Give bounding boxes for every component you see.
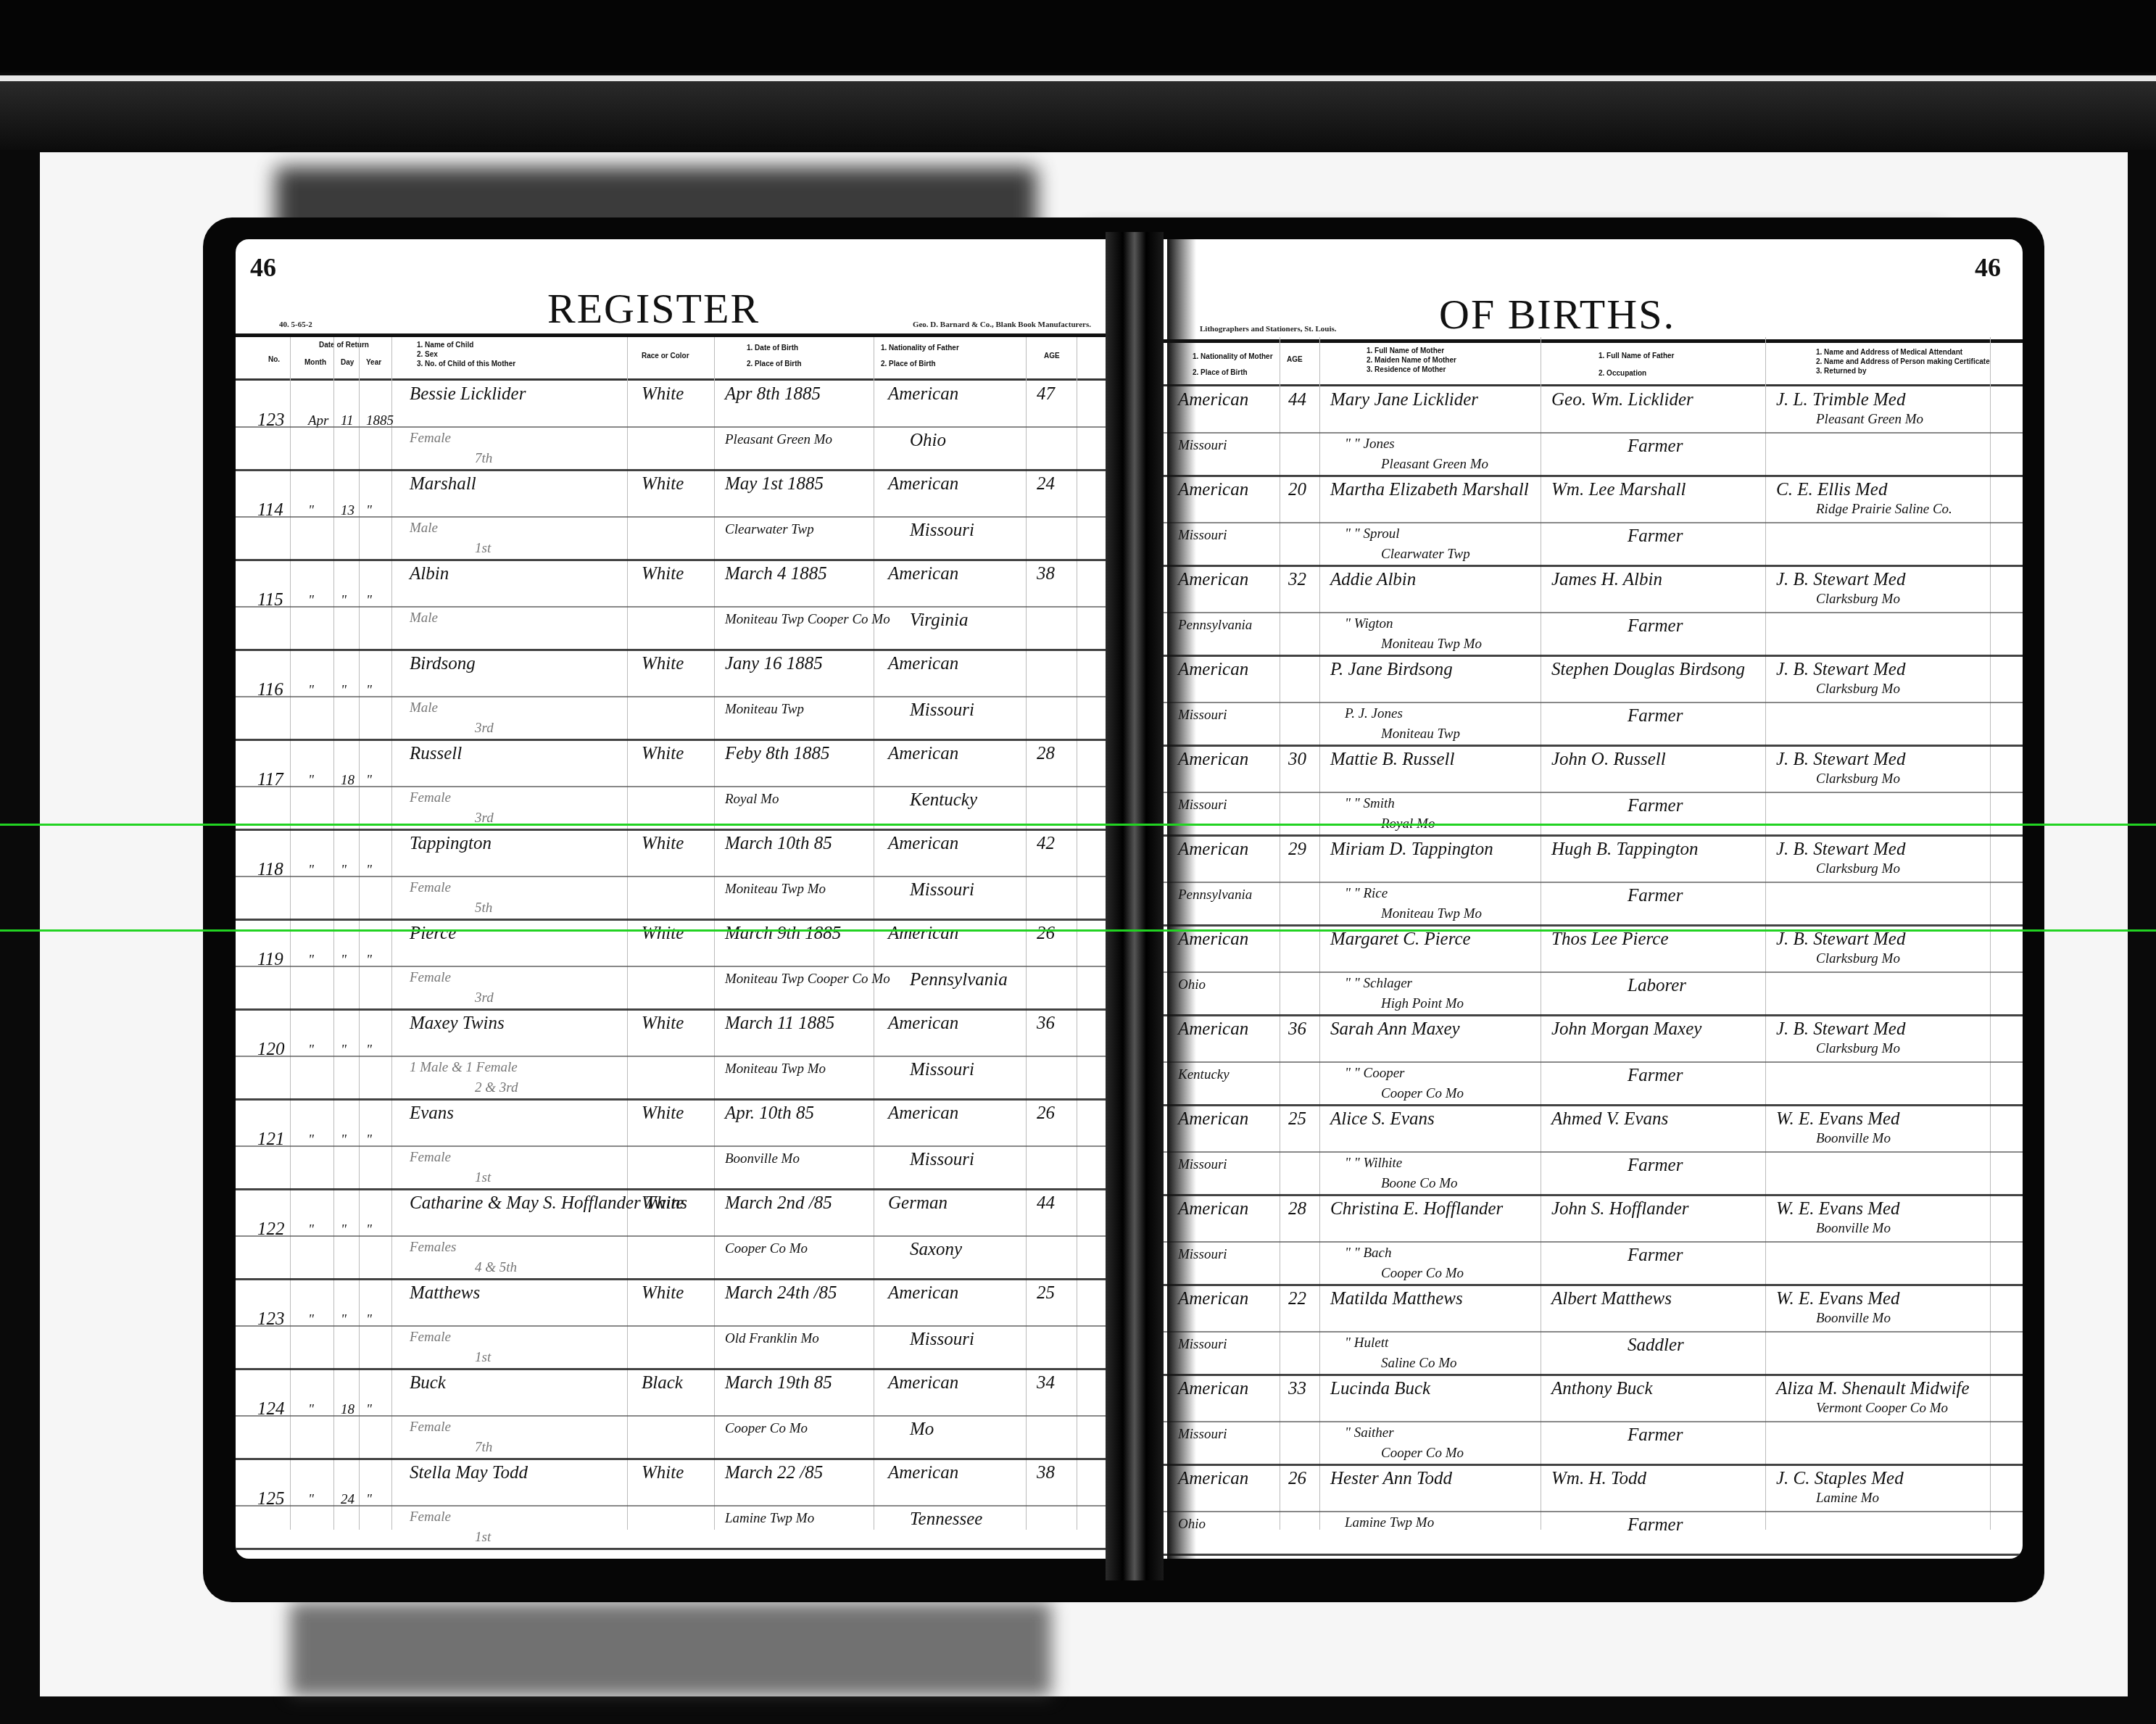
child-number: 3rd bbox=[475, 721, 494, 737]
mother-age: 26 bbox=[1288, 1469, 1306, 1489]
row-midrule bbox=[1164, 432, 2023, 434]
race: Black bbox=[642, 1373, 683, 1393]
medical-attendant: J. B. Stewart Med bbox=[1776, 840, 1905, 860]
race: White bbox=[642, 744, 684, 764]
race: White bbox=[642, 1463, 684, 1483]
child-number: 4 & 5th bbox=[475, 1260, 517, 1276]
record-row-left: 116 " " " Birdsong Male 3rd White Jany 1… bbox=[236, 651, 1106, 741]
mother-age: 28 bbox=[1288, 1199, 1306, 1219]
father-name: Thos Lee Pierce bbox=[1551, 929, 1669, 950]
child-sex: Female bbox=[410, 880, 451, 896]
record-row-left: 119 " " " Pierce Female 3rd White March … bbox=[236, 921, 1106, 1011]
mother-maiden-name: " " Wilhite bbox=[1345, 1156, 1402, 1172]
place-of-birth: Moniteau Twp Mo bbox=[725, 1061, 826, 1077]
divider bbox=[1164, 384, 2023, 386]
father-nationality: American bbox=[888, 654, 958, 674]
attendant-address: Boonville Mo bbox=[1816, 1221, 1891, 1237]
father-name: John Morgan Maxey bbox=[1551, 1019, 1701, 1040]
col-mother-nationality: 1. Nationality of Mother 2. Place of Bir… bbox=[1193, 349, 1273, 381]
child-sex: Female bbox=[410, 1509, 451, 1525]
child-sex: 1 Male & 1 Female bbox=[410, 1060, 518, 1076]
place-of-birth: Moniteau Twp Mo bbox=[725, 882, 826, 898]
father-age: 26 bbox=[1037, 1103, 1055, 1124]
medical-attendant: W. E. Evans Med bbox=[1776, 1199, 1900, 1219]
race: White bbox=[642, 1193, 684, 1214]
col-birth: 1. Date of Birth 2. Place of Birth bbox=[747, 341, 802, 373]
father-nationality: American bbox=[888, 1373, 958, 1393]
row-midrule bbox=[236, 786, 1106, 787]
child-sex: Female bbox=[410, 1420, 451, 1435]
row-midrule bbox=[236, 966, 1106, 967]
father-nationality: American bbox=[888, 924, 958, 944]
record-row-right: American Kentucky 36 Sarah Ann Maxey " "… bbox=[1164, 1016, 2023, 1106]
record-row-left: 115 " " " Albin Male White March 4 1885 … bbox=[236, 561, 1106, 651]
date-of-birth: May 1st 1885 bbox=[725, 474, 824, 494]
row-midrule bbox=[1164, 612, 2023, 613]
row-midrule bbox=[236, 516, 1106, 518]
father-age: 38 bbox=[1037, 564, 1055, 584]
row-rule bbox=[236, 1548, 1106, 1550]
col-father: 1. Full Name of Father 2. Occupation bbox=[1599, 348, 1674, 383]
father-birthplace: Virginia bbox=[910, 610, 969, 631]
divider bbox=[236, 378, 1106, 381]
father-occupation: Laborer bbox=[1628, 976, 1686, 996]
row-midrule bbox=[236, 1505, 1106, 1507]
col-mother: 1. Full Name of Mother 2. Maiden Name of… bbox=[1367, 347, 1456, 375]
mother-residence: Cooper Co Mo bbox=[1381, 1266, 1464, 1282]
child-number: 2 & 3rd bbox=[475, 1080, 518, 1096]
race: White bbox=[642, 474, 684, 494]
row-midrule bbox=[1164, 1511, 2023, 1512]
father-age: 47 bbox=[1037, 384, 1055, 405]
attendant-address: Boonville Mo bbox=[1816, 1311, 1891, 1327]
date-of-birth: Jany 16 1885 bbox=[725, 654, 823, 674]
mother-age: 20 bbox=[1288, 480, 1306, 500]
race: White bbox=[642, 1014, 684, 1034]
child-number: 7th bbox=[475, 451, 492, 467]
record-row-right: American Pennsylvania 32 Addie Albin " W… bbox=[1164, 567, 2023, 657]
father-nationality: German bbox=[888, 1193, 948, 1214]
mother-residence: Cooper Co Mo bbox=[1381, 1086, 1464, 1102]
father-occupation: Farmer bbox=[1628, 1156, 1683, 1176]
attendant-address: Clarksburg Mo bbox=[1816, 771, 1900, 787]
father-birthplace: Missouri bbox=[910, 1330, 974, 1350]
mother-maiden-name: " " Cooper bbox=[1345, 1066, 1404, 1082]
mother-residence: Moniteau Twp Mo bbox=[1381, 637, 1482, 652]
medical-attendant: W. E. Evans Med bbox=[1776, 1289, 1900, 1309]
scan-dark-band bbox=[0, 81, 2156, 150]
mother-residence: Saline Co Mo bbox=[1381, 1356, 1457, 1372]
child-sex: Female bbox=[410, 970, 451, 986]
place-of-birth: Royal Mo bbox=[725, 792, 779, 808]
mother-age: 29 bbox=[1288, 840, 1306, 860]
mother-maiden-name: " " Bach bbox=[1345, 1246, 1392, 1261]
child-sex: Male bbox=[410, 610, 438, 626]
father-birthplace: Kentucky bbox=[910, 790, 977, 811]
child-number: 1st bbox=[475, 1530, 491, 1546]
mother-age: 30 bbox=[1288, 750, 1306, 770]
father-nationality: American bbox=[888, 1463, 958, 1483]
row-midrule bbox=[236, 1325, 1106, 1327]
father-birthplace: Mo bbox=[910, 1420, 934, 1440]
race: White bbox=[642, 924, 684, 944]
record-row-right: American Missouri P. Jane Birdsong P. J.… bbox=[1164, 657, 2023, 747]
place-of-birth: Old Franklin Mo bbox=[725, 1331, 819, 1347]
guide-line-bottom bbox=[0, 929, 2156, 932]
attendant-address: Clarksburg Mo bbox=[1816, 592, 1900, 608]
medical-attendant: J. B. Stewart Med bbox=[1776, 750, 1905, 770]
attendant-address: Boonville Mo bbox=[1816, 1131, 1891, 1147]
medical-attendant: J. B. Stewart Med bbox=[1776, 929, 1905, 950]
father-age: 44 bbox=[1037, 1193, 1055, 1214]
scan-top-margin bbox=[0, 0, 2156, 72]
father-name: Wm. H. Todd bbox=[1551, 1469, 1646, 1489]
date-of-birth: Feby 8th 1885 bbox=[725, 744, 829, 764]
record-row-right: American Missouri 22 Matilda Matthews " … bbox=[1164, 1286, 2023, 1376]
father-name: Anthony Buck bbox=[1551, 1379, 1653, 1399]
row-midrule bbox=[1164, 702, 2023, 703]
child-name: Russell bbox=[410, 744, 462, 764]
child-name: Matthews bbox=[410, 1283, 480, 1304]
row-midrule bbox=[236, 696, 1106, 697]
father-occupation: Farmer bbox=[1628, 616, 1683, 637]
medical-attendant: J. B. Stewart Med bbox=[1776, 570, 1905, 590]
mother-name: Addie Albin bbox=[1330, 570, 1416, 590]
mother-name: Alice S. Evans bbox=[1330, 1109, 1435, 1130]
row-midrule bbox=[1164, 1331, 2023, 1333]
child-name: Marshall bbox=[410, 474, 476, 494]
father-nationality: American bbox=[888, 744, 958, 764]
place-of-birth: Moniteau Twp Cooper Co Mo bbox=[725, 612, 890, 628]
row-midrule bbox=[236, 1145, 1106, 1147]
mother-age: 44 bbox=[1288, 390, 1306, 410]
place-of-birth: Clearwater Twp bbox=[725, 522, 814, 538]
child-name: Pierce bbox=[410, 924, 456, 944]
father-birthplace: Saxony bbox=[910, 1240, 962, 1260]
medical-attendant: J. L. Trimble Med bbox=[1776, 390, 1905, 410]
father-name: James H. Albin bbox=[1551, 570, 1662, 590]
mother-residence: High Point Mo bbox=[1381, 996, 1464, 1012]
child-sex: Male bbox=[410, 521, 438, 536]
child-sex: Female bbox=[410, 1150, 451, 1166]
record-row-right: American Ohio 26 Hester Ann Todd Lamine … bbox=[1164, 1466, 2023, 1556]
mother-maiden-name: " Hulett bbox=[1345, 1335, 1388, 1351]
mother-name: Miriam D. Tappington bbox=[1330, 840, 1493, 860]
race: White bbox=[642, 564, 684, 584]
date-of-birth: Apr. 10th 85 bbox=[725, 1103, 814, 1124]
record-row-right: American Missouri 33 Lucinda Buck " Sait… bbox=[1164, 1376, 2023, 1466]
attendant-address: Clarksburg Mo bbox=[1816, 951, 1900, 967]
attendant-address: Clarksburg Mo bbox=[1816, 861, 1900, 877]
father-birthplace: Tennessee bbox=[910, 1509, 982, 1530]
mother-residence: Moniteau Twp bbox=[1381, 726, 1460, 742]
father-name: Ahmed V. Evans bbox=[1551, 1109, 1668, 1130]
father-birthplace: Missouri bbox=[910, 700, 974, 721]
father-occupation: Farmer bbox=[1628, 1066, 1683, 1086]
child-sex: Female bbox=[410, 790, 451, 806]
mother-name: Martha Elizabeth Marshall bbox=[1330, 480, 1529, 500]
child-name: Tappington bbox=[410, 834, 492, 854]
child-number: 3rd bbox=[475, 990, 494, 1006]
record-row-left: 123 Apr 11 1885 Bessie Licklider Female … bbox=[236, 381, 1106, 471]
mother-maiden-name: " " Rice bbox=[1345, 886, 1388, 902]
mother-name: Lucinda Buck bbox=[1330, 1379, 1430, 1399]
child-name: Buck bbox=[410, 1373, 446, 1393]
date-of-birth: March 24th /85 bbox=[725, 1283, 837, 1304]
mother-name: P. Jane Birdsong bbox=[1330, 660, 1453, 680]
divider bbox=[236, 333, 1106, 337]
father-age: 25 bbox=[1037, 1283, 1055, 1304]
row-midrule bbox=[1164, 1151, 2023, 1153]
father-occupation: Farmer bbox=[1628, 526, 1683, 547]
father-nationality: American bbox=[888, 1103, 958, 1124]
father-occupation: Farmer bbox=[1628, 706, 1683, 726]
place-of-birth: Boonville Mo bbox=[725, 1151, 800, 1167]
medical-attendant: W. E. Evans Med bbox=[1776, 1109, 1900, 1130]
date-of-birth: March 19th 85 bbox=[725, 1373, 832, 1393]
gutter-shadow bbox=[1167, 239, 1196, 1559]
race: White bbox=[642, 834, 684, 854]
father-name: John S. Hofflander bbox=[1551, 1199, 1689, 1219]
col-no: No. bbox=[268, 355, 280, 365]
child-name: Albin bbox=[410, 564, 449, 584]
record-row-left: 125 " 24 " Stella May Todd Female 1st Wh… bbox=[236, 1460, 1106, 1550]
record-row-left: 122 " " " Catharine & May S. Hofflander … bbox=[236, 1190, 1106, 1280]
attendant-address: Clarksburg Mo bbox=[1816, 681, 1900, 697]
place-of-birth: Cooper Co Mo bbox=[725, 1241, 808, 1257]
row-rule bbox=[1164, 1554, 2023, 1556]
attendant-address: Vermont Cooper Co Mo bbox=[1816, 1401, 1948, 1417]
record-row-left: 120 " " " Maxey Twins 1 Male & 1 Female … bbox=[236, 1011, 1106, 1101]
mother-age: 32 bbox=[1288, 570, 1306, 590]
mother-name: Mattie B. Russell bbox=[1330, 750, 1455, 770]
race: White bbox=[642, 1103, 684, 1124]
mother-name: Matilda Matthews bbox=[1330, 1289, 1463, 1309]
record-row-right: American Missouri 25 Alice S. Evans " " … bbox=[1164, 1106, 2023, 1196]
father-age: 26 bbox=[1037, 924, 1055, 944]
child-name: Birdsong bbox=[410, 654, 476, 674]
row-midrule bbox=[1164, 971, 2023, 973]
page-number: 46 bbox=[250, 252, 276, 283]
father-nationality: American bbox=[888, 564, 958, 584]
father-name: John O. Russell bbox=[1551, 750, 1666, 770]
publisher-imprint: Geo. D. Barnard & Co., Blank Book Manufa… bbox=[913, 320, 1091, 329]
row-midrule bbox=[236, 876, 1106, 877]
father-nationality: American bbox=[888, 834, 958, 854]
father-occupation: Farmer bbox=[1628, 796, 1683, 816]
mother-residence: Pleasant Green Mo bbox=[1381, 457, 1488, 473]
father-age: 38 bbox=[1037, 1463, 1055, 1483]
record-row-right: American Ohio Margaret C. Pierce " " Sch… bbox=[1164, 927, 2023, 1016]
mother-residence: Clearwater Twp bbox=[1381, 547, 1470, 563]
mother-name: Mary Jane Licklider bbox=[1330, 390, 1478, 410]
mother-age: 25 bbox=[1288, 1109, 1306, 1130]
row-midrule bbox=[1164, 792, 2023, 793]
mother-residence: Moniteau Twp Mo bbox=[1381, 906, 1482, 922]
form-number: 40. 5-65-2 bbox=[279, 320, 312, 329]
father-age: 28 bbox=[1037, 744, 1055, 764]
mother-age: 22 bbox=[1288, 1289, 1306, 1309]
medical-attendant: Aliza M. Shenault Midwife bbox=[1776, 1379, 1970, 1399]
father-occupation: Farmer bbox=[1628, 1246, 1683, 1266]
father-age: 24 bbox=[1037, 474, 1055, 494]
row-midrule bbox=[236, 606, 1106, 608]
place-of-birth: Lamine Twp Mo bbox=[725, 1511, 814, 1527]
mother-maiden-name: " Wigton bbox=[1345, 616, 1393, 632]
place-of-birth: Moniteau Twp bbox=[725, 702, 804, 718]
father-birthplace: Pennsylvania bbox=[910, 970, 1008, 990]
row-midrule bbox=[1164, 1061, 2023, 1063]
mother-residence: Boone Co Mo bbox=[1381, 1176, 1458, 1192]
date-of-birth: March 2nd /85 bbox=[725, 1193, 832, 1214]
record-row-right: American Missouri 20 Martha Elizabeth Ma… bbox=[1164, 477, 2023, 567]
child-number: 1st bbox=[475, 541, 491, 557]
father-birthplace: Missouri bbox=[910, 521, 974, 541]
mother-name: Sarah Ann Maxey bbox=[1330, 1019, 1460, 1040]
place-of-birth: Moniteau Twp Cooper Co Mo bbox=[725, 971, 890, 987]
child-name: Bessie Licklider bbox=[410, 384, 526, 405]
shadow bbox=[290, 1602, 1051, 1696]
attendant-address: Clarksburg Mo bbox=[1816, 1041, 1900, 1057]
child-number: 1st bbox=[475, 1170, 491, 1186]
date-of-birth: March 4 1885 bbox=[725, 564, 827, 584]
record-row-left: 124 " 18 " Buck Female 7th Black March 1… bbox=[236, 1370, 1106, 1460]
record-row-left: 117 " 18 " Russell Female 3rd White Feby… bbox=[236, 741, 1106, 831]
medical-attendant: J. B. Stewart Med bbox=[1776, 660, 1905, 680]
mother-age: 33 bbox=[1288, 1379, 1306, 1399]
child-number: 7th bbox=[475, 1440, 492, 1456]
row-midrule bbox=[236, 1235, 1106, 1237]
father-occupation: Saddler bbox=[1628, 1335, 1684, 1356]
mother-residence: Cooper Co Mo bbox=[1381, 1446, 1464, 1462]
attendant-address: Lamine Mo bbox=[1816, 1491, 1879, 1507]
page-title: OF BIRTHS. bbox=[1439, 290, 1675, 339]
father-birthplace: Missouri bbox=[910, 880, 974, 900]
row-midrule bbox=[236, 1415, 1106, 1417]
child-name: Evans bbox=[410, 1103, 454, 1124]
father-birthplace: Missouri bbox=[910, 1150, 974, 1170]
col-year: Year bbox=[366, 358, 381, 368]
page-title: REGISTER bbox=[547, 284, 760, 333]
mother-maiden-name: Lamine Twp Mo bbox=[1345, 1515, 1434, 1531]
father-occupation: Farmer bbox=[1628, 1515, 1683, 1536]
medical-attendant: C. E. Ellis Med bbox=[1776, 480, 1887, 500]
mother-maiden-name: " " Schlager bbox=[1345, 976, 1412, 992]
child-number: 5th bbox=[475, 900, 492, 916]
race: White bbox=[642, 654, 684, 674]
record-row-left: 121 " " " Evans Female 1st White Apr. 10… bbox=[236, 1101, 1106, 1190]
father-age: 36 bbox=[1037, 1014, 1055, 1034]
father-occupation: Farmer bbox=[1628, 436, 1683, 457]
col-date-of-return: Date of Return bbox=[319, 341, 369, 350]
child-sex: Female bbox=[410, 431, 451, 447]
father-nationality: American bbox=[888, 384, 958, 405]
father-name: Geo. Wm. Licklider bbox=[1551, 390, 1693, 410]
race: White bbox=[642, 384, 684, 405]
row-midrule bbox=[236, 426, 1106, 428]
guide-line-top bbox=[0, 824, 2156, 826]
mother-name: Margaret C. Pierce bbox=[1330, 929, 1471, 950]
father-occupation: Farmer bbox=[1628, 886, 1683, 906]
child-name: Maxey Twins bbox=[410, 1014, 505, 1034]
mother-maiden-name: " " Smith bbox=[1345, 796, 1395, 812]
col-attendant: 1. Name and Address of Medical Attendant… bbox=[1816, 348, 1990, 376]
father-age: 34 bbox=[1037, 1373, 1055, 1393]
mother-name: Hester Ann Todd bbox=[1330, 1469, 1452, 1489]
father-nationality: American bbox=[888, 474, 958, 494]
record-row-right: American Pennsylvania 29 Miriam D. Tappi… bbox=[1164, 837, 2023, 927]
mother-maiden-name: " " Sproul bbox=[1345, 526, 1399, 542]
date-of-birth: March 10th 85 bbox=[725, 834, 832, 854]
divider bbox=[1164, 339, 2023, 343]
col-child: 1. Name of Child 2. Sex 3. No. of Child … bbox=[417, 341, 515, 369]
book-gutter bbox=[1106, 232, 1164, 1580]
father-birthplace: Ohio bbox=[910, 431, 946, 451]
col-race: Race or Color bbox=[642, 352, 689, 361]
mother-maiden-name: " " Jones bbox=[1345, 436, 1395, 452]
father-name: Hugh B. Tappington bbox=[1551, 840, 1699, 860]
attendant-address: Pleasant Green Mo bbox=[1816, 412, 1923, 428]
row-midrule bbox=[1164, 1421, 2023, 1422]
mother-age: 36 bbox=[1288, 1019, 1306, 1040]
date-of-birth: March 11 1885 bbox=[725, 1014, 834, 1034]
mother-name: Christina E. Hofflander bbox=[1330, 1199, 1503, 1219]
row-midrule bbox=[1164, 1241, 2023, 1243]
record-row-left: 123 " " " Matthews Female 1st White Marc… bbox=[236, 1280, 1106, 1370]
medical-attendant: J. C. Staples Med bbox=[1776, 1469, 1904, 1489]
father-occupation: Farmer bbox=[1628, 1425, 1683, 1446]
father-name: Stephen Douglas Birdsong bbox=[1551, 660, 1745, 680]
mother-maiden-name: " Saither bbox=[1345, 1425, 1394, 1441]
right-page: 46 OF BIRTHS. Lithographers and Statione… bbox=[1164, 239, 2023, 1559]
attendant-address: Ridge Prairie Saline Co. bbox=[1816, 502, 1952, 518]
scan-edge-line bbox=[0, 75, 2156, 81]
mother-maiden-name: P. J. Jones bbox=[1345, 706, 1403, 722]
race: White bbox=[642, 1283, 684, 1304]
page-number: 46 bbox=[1975, 252, 2001, 283]
date-of-birth: March 9th 1885 bbox=[725, 924, 841, 944]
place-of-birth: Cooper Co Mo bbox=[725, 1421, 808, 1437]
father-name: Albert Matthews bbox=[1551, 1289, 1672, 1309]
father-birthplace: Missouri bbox=[910, 1060, 974, 1080]
col-father-nationality: 1. Nationality of Father 2. Place of Bir… bbox=[881, 341, 959, 373]
child-sex: Female bbox=[410, 1330, 451, 1346]
record-row-right: American Missouri 28 Christina E. Hoffla… bbox=[1164, 1196, 2023, 1286]
father-name: Wm. Lee Marshall bbox=[1551, 480, 1686, 500]
father-nationality: American bbox=[888, 1014, 958, 1034]
row-midrule bbox=[1164, 882, 2023, 883]
publisher-imprint: Lithographers and Stationers, St. Louis. bbox=[1200, 325, 1337, 333]
col-age: AGE bbox=[1044, 352, 1060, 361]
date-of-birth: Apr 8th 1885 bbox=[725, 384, 821, 405]
father-age: 42 bbox=[1037, 834, 1055, 854]
col-month: Month bbox=[304, 358, 326, 368]
record-row-left: 118 " " " Tappington Female 5th White Ma… bbox=[236, 831, 1106, 921]
record-row-right: American Missouri 44 Mary Jane Licklider… bbox=[1164, 387, 2023, 477]
child-sex: Females bbox=[410, 1240, 456, 1256]
child-name: Stella May Todd bbox=[410, 1463, 528, 1483]
child-number: 1st bbox=[475, 1350, 491, 1366]
place-of-birth: Pleasant Green Mo bbox=[725, 432, 832, 448]
col-age: AGE bbox=[1287, 355, 1303, 365]
date-of-birth: March 22 /85 bbox=[725, 1463, 823, 1483]
father-nationality: American bbox=[888, 1283, 958, 1304]
child-sex: Male bbox=[410, 700, 438, 716]
medical-attendant: J. B. Stewart Med bbox=[1776, 1019, 1905, 1040]
row-midrule bbox=[1164, 522, 2023, 523]
col-day: Day bbox=[341, 358, 354, 368]
row-midrule bbox=[236, 1056, 1106, 1057]
